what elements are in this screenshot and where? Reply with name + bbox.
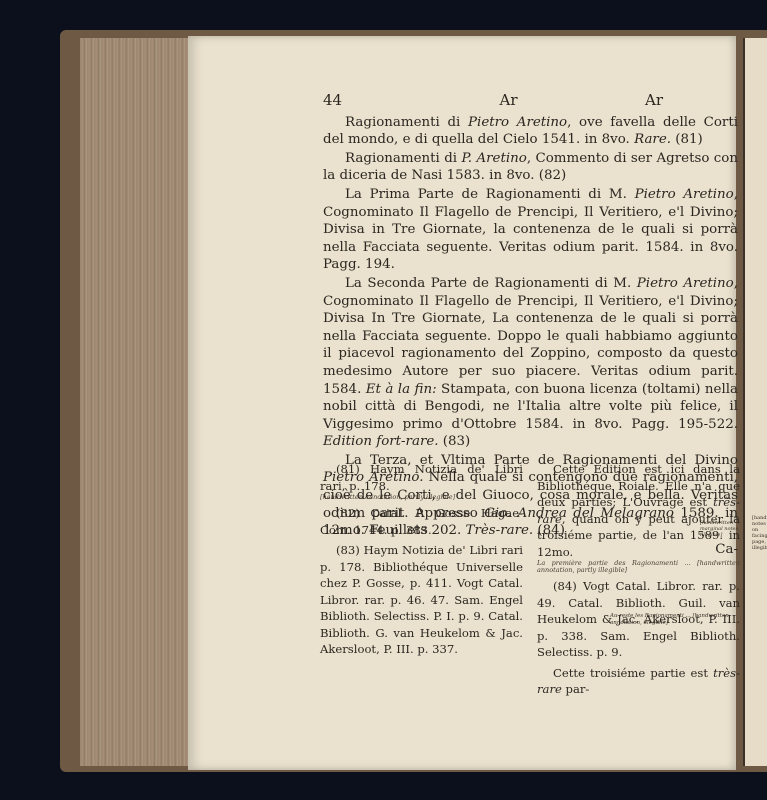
facing-page-edge — [743, 38, 767, 766]
footnotes: (81) Haym Notizia de' Libri rari, p. 178… — [320, 461, 740, 702]
running-head-left: Ar — [500, 92, 518, 110]
footnote-82: (82) Catal. P. Gosse Hagae-Com. 1744. p.… — [320, 505, 523, 538]
facing-page-handwriting: [handwritten notes on facing page, illeg… — [752, 515, 767, 551]
manuscript-annotation: La première partie des Ragionamenti ... … — [537, 560, 740, 574]
entry-81: Ragionamenti di Pietro Aretino, ove fave… — [323, 114, 738, 149]
page-number: 44 — [323, 92, 342, 110]
manuscript-annotation: [handwritten annotation, partly illegibl… — [320, 494, 523, 501]
footnote-83: (83) Haym Notizia de' Libri rari p. 178.… — [320, 542, 523, 658]
running-head-right: Ar — [645, 92, 663, 110]
entry-83: La Seconda Parte de Ragionamenti di M. P… — [323, 275, 738, 451]
footnote-84-continued: Cette troisiéme partie est très-rare par… — [537, 665, 740, 698]
page-block-edges — [80, 38, 193, 766]
marginal-handwriting: [handwritten marginal notes, illegible] — [700, 520, 740, 538]
entry-82: Ragionamenti di P. Aretino, Commento di … — [323, 150, 738, 185]
footnote-83-continued: Cette Edition est ici dans la Bibliothéq… — [537, 461, 740, 574]
footnotes-left-column: (81) Haym Notizia de' Libri rari, p. 178… — [320, 461, 523, 702]
running-header: 44 Ar Ar — [323, 92, 663, 110]
footnotes-right-column: Cette Edition est ici dans la Bibliothéq… — [537, 461, 740, 702]
book-page: 44 Ar Ar Ragionamenti di Pietro Aretino,… — [188, 36, 736, 770]
bottom-handwriting: Au reste les Ragionamenti ... [handwritt… — [610, 613, 736, 626]
footnote-81: (81) Haym Notizia de' Libri rari, p. 178… — [320, 461, 523, 501]
entry-prima-parte: La Prima Parte de Ragionamenti di M. Pie… — [323, 186, 738, 274]
